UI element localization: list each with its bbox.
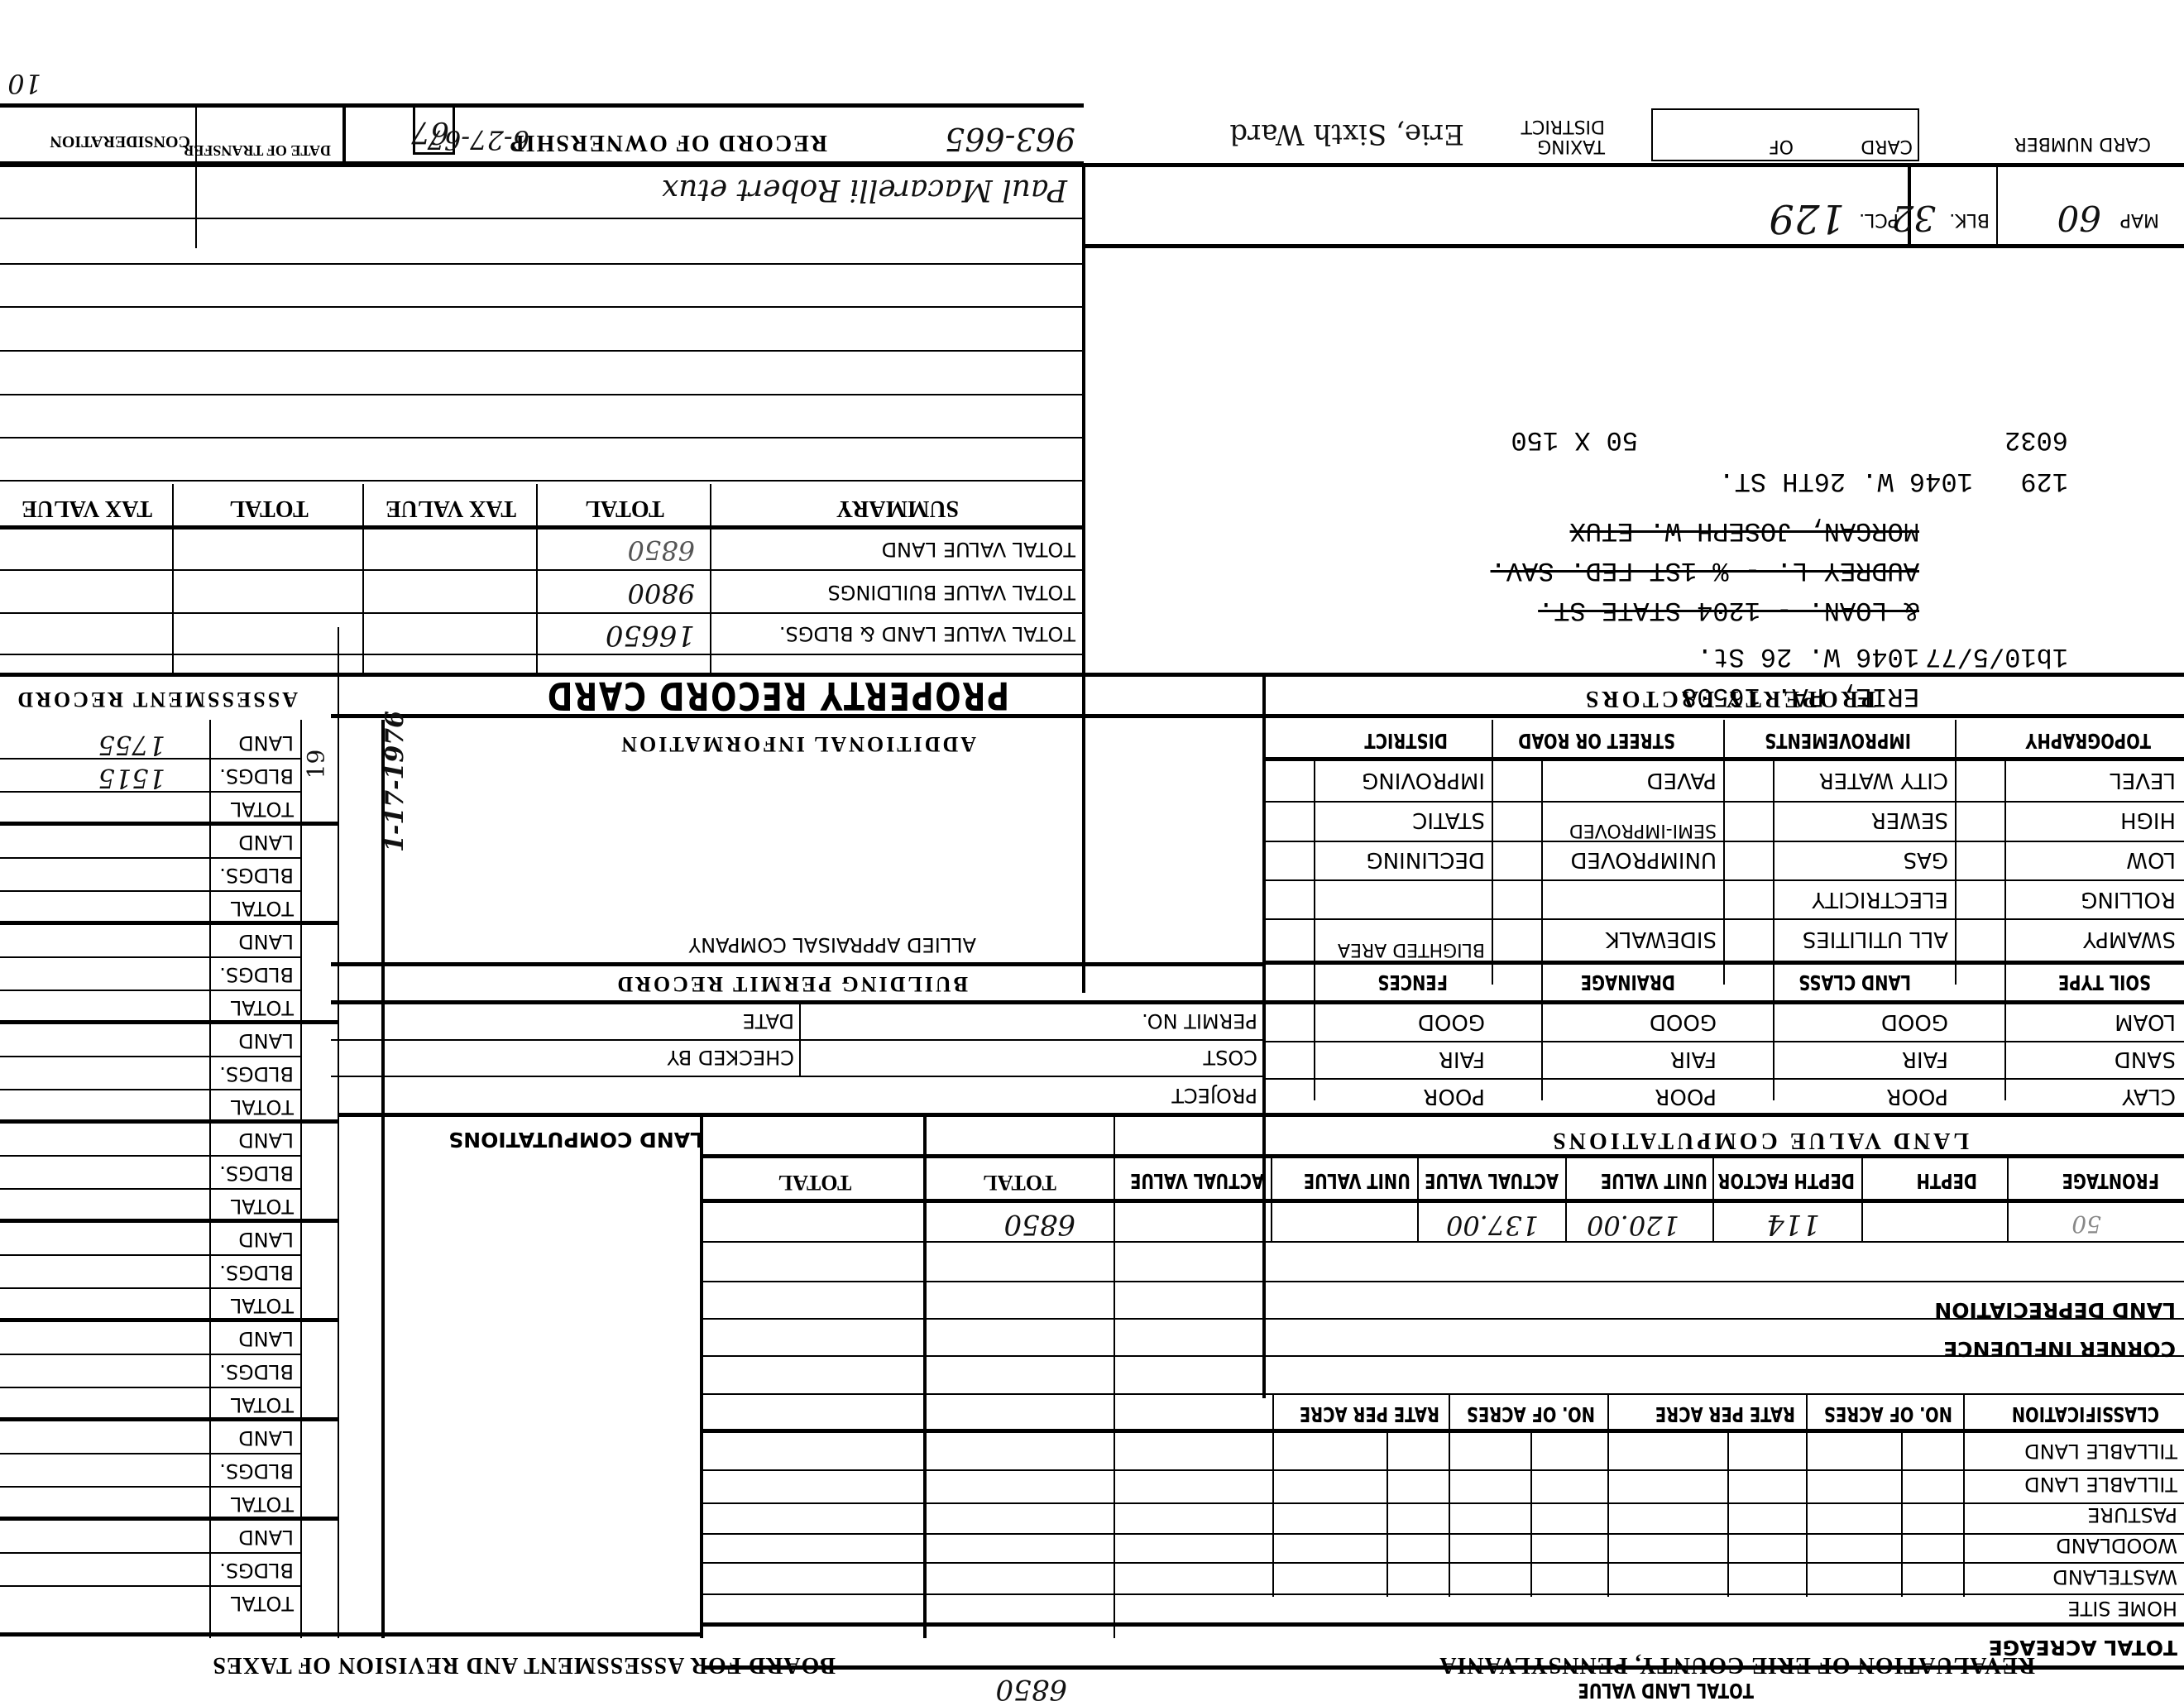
rule: [923, 1117, 927, 1638]
pf-cell[interactable]: PAVED: [1647, 768, 1717, 793]
assessment-row-label: BLDGS.: [219, 1261, 294, 1284]
assessment-row-label: BLDGS.: [219, 864, 294, 887]
rule: [331, 1039, 1266, 1041]
acre-row-label: TILLABLE LAND: [2024, 1440, 2177, 1463]
rule: [0, 758, 302, 760]
assessment-row-label: TOTAL: [231, 897, 294, 920]
rule: [0, 791, 302, 793]
summary-row-label: TOTAL VALUE LAND: [882, 538, 1075, 561]
rule: [703, 1562, 2184, 1564]
soil-cell[interactable]: GOOD: [1418, 1009, 1485, 1034]
lv-col: ACTUAL VALUE: [1130, 1169, 1264, 1193]
rule: [0, 569, 1084, 571]
rule: [0, 1486, 302, 1488]
rule: [1901, 1431, 1903, 1597]
assessment-row-label: LAND: [238, 1228, 294, 1251]
land-computations-label: LAND COMPUTATIONS: [448, 1127, 703, 1152]
assessment-row-label: BLDGS.: [219, 1360, 294, 1383]
acre-row-label: TILLABLE LAND: [2024, 1473, 2177, 1496]
rule: [0, 1387, 302, 1388]
assessment-row-label: LAND: [238, 1129, 294, 1152]
pf-cell[interactable]: LEVEL: [2110, 768, 2176, 793]
property-factors-title: PROPERTY FACTORS: [1274, 685, 2184, 712]
soil-cell[interactable]: SAND: [2115, 1047, 2176, 1071]
pf-cell[interactable]: SEWER: [1871, 807, 1948, 832]
pf-cell[interactable]: LOW: [2126, 847, 2176, 872]
pf-cell[interactable]: IMPROVING: [1362, 768, 1485, 793]
assessment-row-label: TOTAL: [231, 1195, 294, 1218]
blk-label: BLK.: [1949, 209, 1990, 230]
assessment-row-label: TOTAL: [231, 996, 294, 1019]
rule: [0, 103, 1084, 108]
lv-unit-value[interactable]: 120.00: [1587, 1210, 1679, 1241]
rule: [1084, 244, 2184, 248]
rule: [1262, 674, 1266, 1398]
rule: [172, 484, 174, 674]
rule: [0, 857, 302, 859]
pf-cell[interactable]: DECLINING: [1367, 847, 1485, 872]
lv-col: UNIT VALUE: [1601, 1169, 1707, 1193]
rule: [1266, 1041, 2184, 1042]
total-land-value: 6850: [995, 1673, 1067, 1688]
rule: [0, 525, 1084, 530]
rule: [0, 890, 302, 892]
rule: [703, 1593, 2184, 1595]
rule: [1417, 1158, 1419, 1241]
rule: [1266, 918, 2184, 920]
rule: [0, 1453, 302, 1454]
rule: [1607, 1394, 1609, 1597]
lv-depth-factor[interactable]: 114: [1766, 1208, 1820, 1241]
pf-col-header: TOPOGRAPHY: [2025, 729, 2151, 753]
pcl-label: PCL.: [1859, 209, 1899, 230]
ownership-date-note: 6-27-67: [428, 124, 529, 156]
assessment-row-label: BLDGS.: [219, 963, 294, 986]
rule: [0, 612, 1084, 614]
rule: [703, 1429, 2184, 1433]
corner-influence-label: CORNER INFLUENCE: [1943, 1336, 2176, 1361]
taxing-district-value: Erie, Sixth Ward: [1229, 117, 1464, 151]
pf-cell[interactable]: ELECTRICITY: [1812, 887, 1948, 912]
rule: [1806, 1394, 1808, 1597]
assessment-row-label: TOTAL: [231, 798, 294, 821]
rule: [0, 654, 1084, 655]
summary-row-total: 9800: [628, 577, 695, 609]
rule: [1266, 801, 2184, 803]
lv-col: DEPTH FACTOR: [1717, 1169, 1855, 1193]
rule: [0, 1056, 302, 1057]
rule: [0, 1354, 302, 1355]
acre-col: RATE PER ACRE: [1300, 1402, 1439, 1426]
pf-cell[interactable]: CITY WATER: [1819, 768, 1948, 793]
assessment-row-label: LAND: [238, 731, 294, 755]
taxing-district-label: TAXING DISTRICT: [1497, 116, 1605, 156]
rule: [703, 1622, 2184, 1627]
rule: [1266, 714, 2184, 718]
rule: [0, 1119, 339, 1124]
pf-cell[interactable]: ROLLING: [2081, 887, 2176, 912]
struck-owner-line: MORGAN, JOSEPH W. ETUX: [1570, 515, 1919, 546]
soil-col-header: LAND CLASS: [1798, 970, 1911, 994]
assessment-row-label: LAND: [238, 1526, 294, 1549]
lv-col: ACTUAL VALUE: [1425, 1169, 1559, 1193]
summary-row-label: TOTAL VALUE BUILDINGS: [828, 581, 1075, 604]
rule: [0, 956, 302, 958]
rule: [0, 1254, 302, 1256]
rule: [0, 1020, 339, 1024]
pcl-value: 129: [1769, 195, 1845, 242]
date-label: DATE: [743, 1009, 794, 1033]
rule: [1084, 673, 2184, 677]
pf-cell[interactable]: STATIC: [1412, 807, 1485, 832]
rule: [1314, 761, 1315, 1100]
rule: [1530, 1431, 1532, 1597]
lv-frontage[interactable]: 50: [2071, 1210, 2101, 1238]
pf-col-header: DISTRICT: [1364, 729, 1448, 753]
rule: [0, 1318, 339, 1322]
assessment-row-label: TOTAL: [231, 1393, 294, 1416]
soil-cell[interactable]: POOR: [1886, 1084, 1948, 1109]
revaluation-title: REVALUATION OF ERIE COUNTY, PENNSYLVANIA: [1439, 1651, 2035, 1678]
rule: [0, 1219, 339, 1223]
rule: [0, 437, 1084, 438]
rule: [1266, 879, 2184, 881]
acre-col: CLASSIFICATION: [2012, 1402, 2159, 1426]
rule: [0, 1552, 302, 1554]
pf-cell[interactable]: BLIGHTED AREA: [1336, 940, 1485, 958]
rule: [0, 990, 302, 991]
summary-row-label: TOTAL VALUE LAND & BLDGS.: [779, 622, 1075, 645]
soil-cell[interactable]: POOR: [1423, 1084, 1485, 1109]
rule: [0, 480, 1084, 482]
rule: [1114, 1117, 1115, 1638]
total-land-value-label: TOTAL LAND VALUE: [1578, 1679, 1754, 1688]
pf-col-header: STREET OR ROAD: [1518, 729, 1675, 753]
permit-no-label: PERMIT NO.: [1142, 1009, 1257, 1033]
assessment-row-label: BLDGS.: [219, 1062, 294, 1085]
new-entry-date: 1b10/5/77: [1925, 641, 2068, 672]
board-title: BOARD FOR ASSESSMENT AND REVISION OF TAX…: [212, 1651, 836, 1678]
pf-cell[interactable]: ALL UTILITIES: [1803, 927, 1948, 951]
owner-line-2: 129 1046 W. 26TH ST.: [1719, 466, 2068, 496]
rule: [0, 1188, 302, 1190]
rule: [536, 484, 538, 674]
record-of-ownership-title: RECORD OF OWNERSHIP: [509, 129, 827, 156]
assessment-row-label: TOTAL: [231, 1592, 294, 1615]
acre-row-label: WASTELAND: [2052, 1565, 2177, 1589]
rule: [0, 1585, 302, 1587]
lv-col: UNIT VALUE: [1304, 1169, 1410, 1193]
rule: [339, 1113, 2184, 1117]
map-label: MAP: [2120, 209, 2159, 230]
acre-row-label: HOME SITE: [2067, 1597, 2177, 1620]
lv-col: TOTAL: [703, 1170, 927, 1195]
summary-tax-col: TAX VALUE: [364, 495, 538, 521]
rule: [1271, 1158, 1272, 1241]
rule: [1266, 961, 2184, 965]
rule: [0, 822, 339, 826]
struck-owner-line: AUDREY L. - % 1ST FED. SAV.: [1491, 555, 1919, 586]
rule: [381, 720, 385, 1638]
rule: [195, 108, 197, 248]
soil-cell[interactable]: LOAM: [2115, 1009, 2176, 1034]
rule: [0, 1417, 339, 1421]
rule: [1492, 720, 1493, 985]
assessment-row-label: BLDGS.: [219, 1559, 294, 1582]
rule: [703, 1393, 2184, 1395]
lv-total[interactable]: 6850: [1003, 1208, 1075, 1241]
soil-cell[interactable]: CLAY: [2122, 1084, 2176, 1109]
rule: [0, 1155, 302, 1157]
struck-owner-line: & LOAN. - 1204 STATE ST.: [1538, 595, 1919, 625]
rule: [331, 1076, 1266, 1077]
pf-cell[interactable]: SWAMPY: [2083, 927, 2176, 951]
rule: [0, 921, 339, 925]
rule: [1727, 1431, 1729, 1597]
property-record-card-title: PROPERTY RECORD CARD: [546, 673, 1009, 718]
rule: [1712, 1158, 1714, 1241]
lv-col: FRONTAGE: [2062, 1169, 2159, 1193]
rule: [700, 1117, 703, 1638]
rule: [799, 1004, 801, 1077]
rule: [1082, 165, 1085, 993]
assessment-row-label: BLDGS.: [219, 1162, 294, 1185]
acre-row-label: WOODLAND: [2056, 1534, 2177, 1557]
rule: [1861, 1158, 1863, 1241]
assessment-value: 1515: [98, 763, 165, 794]
rule: [2004, 761, 2006, 1100]
lv-col: DEPTH: [1917, 1169, 1977, 1193]
rule: [703, 1318, 2184, 1320]
summary-row-total: 16650: [606, 619, 695, 652]
assessment-row-label: LAND: [238, 1426, 294, 1450]
property-record-card: CARD NUMBER CARD OF TAXING DISTRICT Erie…: [0, 0, 2184, 1688]
rule: [342, 108, 346, 165]
acre-col: NO. OF ACRES: [1467, 1402, 1595, 1426]
pf-col-header: IMPROVEMENTS: [1765, 729, 1911, 753]
lot-size: 50 X 150: [1511, 424, 1638, 455]
rule: [0, 218, 1084, 219]
rule: [1996, 167, 1998, 247]
assessment-value: 1755: [98, 730, 165, 761]
acre-col: RATE PER ACRE: [1655, 1402, 1795, 1426]
rule: [703, 1533, 2184, 1535]
rule: [0, 1287, 302, 1289]
date-of-transfer-label: DATE OF TRANSFER: [207, 142, 331, 159]
card-of-box: CARD OF: [1651, 108, 1919, 161]
assessment-row-label: LAND: [238, 930, 294, 953]
owner-line-1: 6032: [2004, 424, 2068, 455]
rule: [1266, 1078, 2184, 1080]
building-permit-label: BUILDING PERMIT RECORD: [615, 971, 968, 996]
soil-col-header: DRAINAGE: [1581, 970, 1675, 994]
soil-col-header: FENCES: [1377, 970, 1448, 994]
rule: [0, 161, 1084, 165]
rule: [1955, 720, 1956, 985]
soil-cell[interactable]: FAIR: [1439, 1047, 1485, 1071]
rule: [2007, 1158, 2009, 1241]
pf-cell[interactable]: UNIMPROVED: [1570, 847, 1717, 872]
rule: [1963, 1394, 1965, 1597]
rule: [1266, 1000, 2184, 1004]
rule: [1565, 1158, 1567, 1241]
rule: [0, 306, 1084, 308]
rule: [0, 1089, 302, 1090]
soil-cell[interactable]: POOR: [1655, 1084, 1717, 1109]
new-address-1: 1046 W. 26 St.: [1697, 641, 1919, 672]
rule: [1266, 757, 2184, 761]
soil-cell[interactable]: GOOD: [1650, 1009, 1717, 1034]
rule: [703, 1281, 2184, 1282]
summary-row-total: 6850: [628, 534, 695, 566]
assessment-row-label: LAND: [238, 1327, 294, 1350]
card-number-label: CARD NUMBER: [2043, 133, 2151, 153]
rule: [1272, 1394, 1274, 1597]
soil-cell[interactable]: FAIR: [1902, 1047, 1948, 1071]
deed-ref: 963-665: [945, 121, 1075, 157]
assessment-year: 19: [303, 750, 330, 779]
rule: [0, 1517, 339, 1521]
additional-info-label: ADDITIONAL INFORMATION: [619, 731, 976, 756]
rule: [1773, 761, 1774, 1100]
cost-label: COST: [1203, 1046, 1257, 1069]
soil-cell[interactable]: GOOD: [1881, 1009, 1948, 1034]
pf-cell[interactable]: GAS: [1904, 847, 1948, 872]
assessment-row-label: LAND: [238, 1029, 294, 1052]
rule: [331, 714, 1266, 718]
assessment-row-label: LAND: [238, 831, 294, 854]
rule: [331, 962, 1266, 966]
appraiser-label: ALLIED APPRAISAL COMPANY: [689, 933, 977, 956]
land-value-title: LAND VALUE COMPUTATIONS: [1549, 1127, 1969, 1153]
rule: [1541, 761, 1543, 1100]
rule: [362, 484, 364, 674]
rule: [703, 1502, 2184, 1504]
consideration-note: 10: [7, 68, 41, 99]
consideration-label: CONSIDERATION: [50, 132, 190, 151]
ownership-entry: Paul Macarelli Robert etux: [662, 173, 1067, 207]
summary-tax-col-2: TAX VALUE: [0, 495, 174, 521]
rule: [1723, 720, 1725, 985]
pf-cell[interactable]: HIGH: [2120, 807, 2176, 832]
soil-cell[interactable]: FAIR: [1670, 1047, 1717, 1071]
lv-actual-value[interactable]: 137.00: [1446, 1210, 1539, 1241]
rule: [1266, 841, 2184, 842]
assessment-row-label: BLDGS.: [219, 1459, 294, 1483]
assessment-row-label: TOTAL: [231, 1095, 294, 1119]
summary-total-col-2: TOTAL: [174, 495, 364, 521]
date-stamp: 1-17-1976: [381, 711, 409, 852]
pf-cell[interactable]: SEMI-IMPROVED: [1551, 821, 1717, 839]
checked-by-label: CHECKED BY: [667, 1046, 794, 1069]
lv-col: TOTAL: [927, 1170, 1113, 1195]
rule: [703, 1469, 2184, 1471]
rule: [0, 350, 1084, 352]
rule: [338, 627, 339, 1638]
acre-row-label: PASTURE: [2087, 1503, 2177, 1526]
rule: [1387, 1431, 1388, 1597]
summary-title: SUMMARY: [711, 495, 1084, 521]
rule: [0, 394, 1084, 395]
rule: [1449, 1394, 1450, 1597]
assessment-row-label: TOTAL: [231, 1493, 294, 1516]
assessment-record-title: ASSESSMENT RECORD: [15, 687, 298, 712]
acre-col: NO. OF ACRES: [1824, 1402, 1952, 1426]
rule: [703, 1241, 2184, 1243]
pf-cell[interactable]: SIDEWALK: [1606, 927, 1717, 951]
map-value: 60: [2057, 198, 2101, 238]
project-label: PROJECT: [1171, 1084, 1257, 1107]
assessment-row-label: TOTAL: [231, 1294, 294, 1317]
rule: [0, 1632, 703, 1637]
soil-col-header: SOIL TYPE: [2058, 970, 2151, 994]
rule: [331, 1000, 1266, 1004]
summary-total-col: TOTAL: [538, 495, 711, 521]
rule: [710, 484, 711, 674]
assessment-row-label: BLDGS.: [219, 764, 294, 788]
rule: [0, 263, 1084, 265]
